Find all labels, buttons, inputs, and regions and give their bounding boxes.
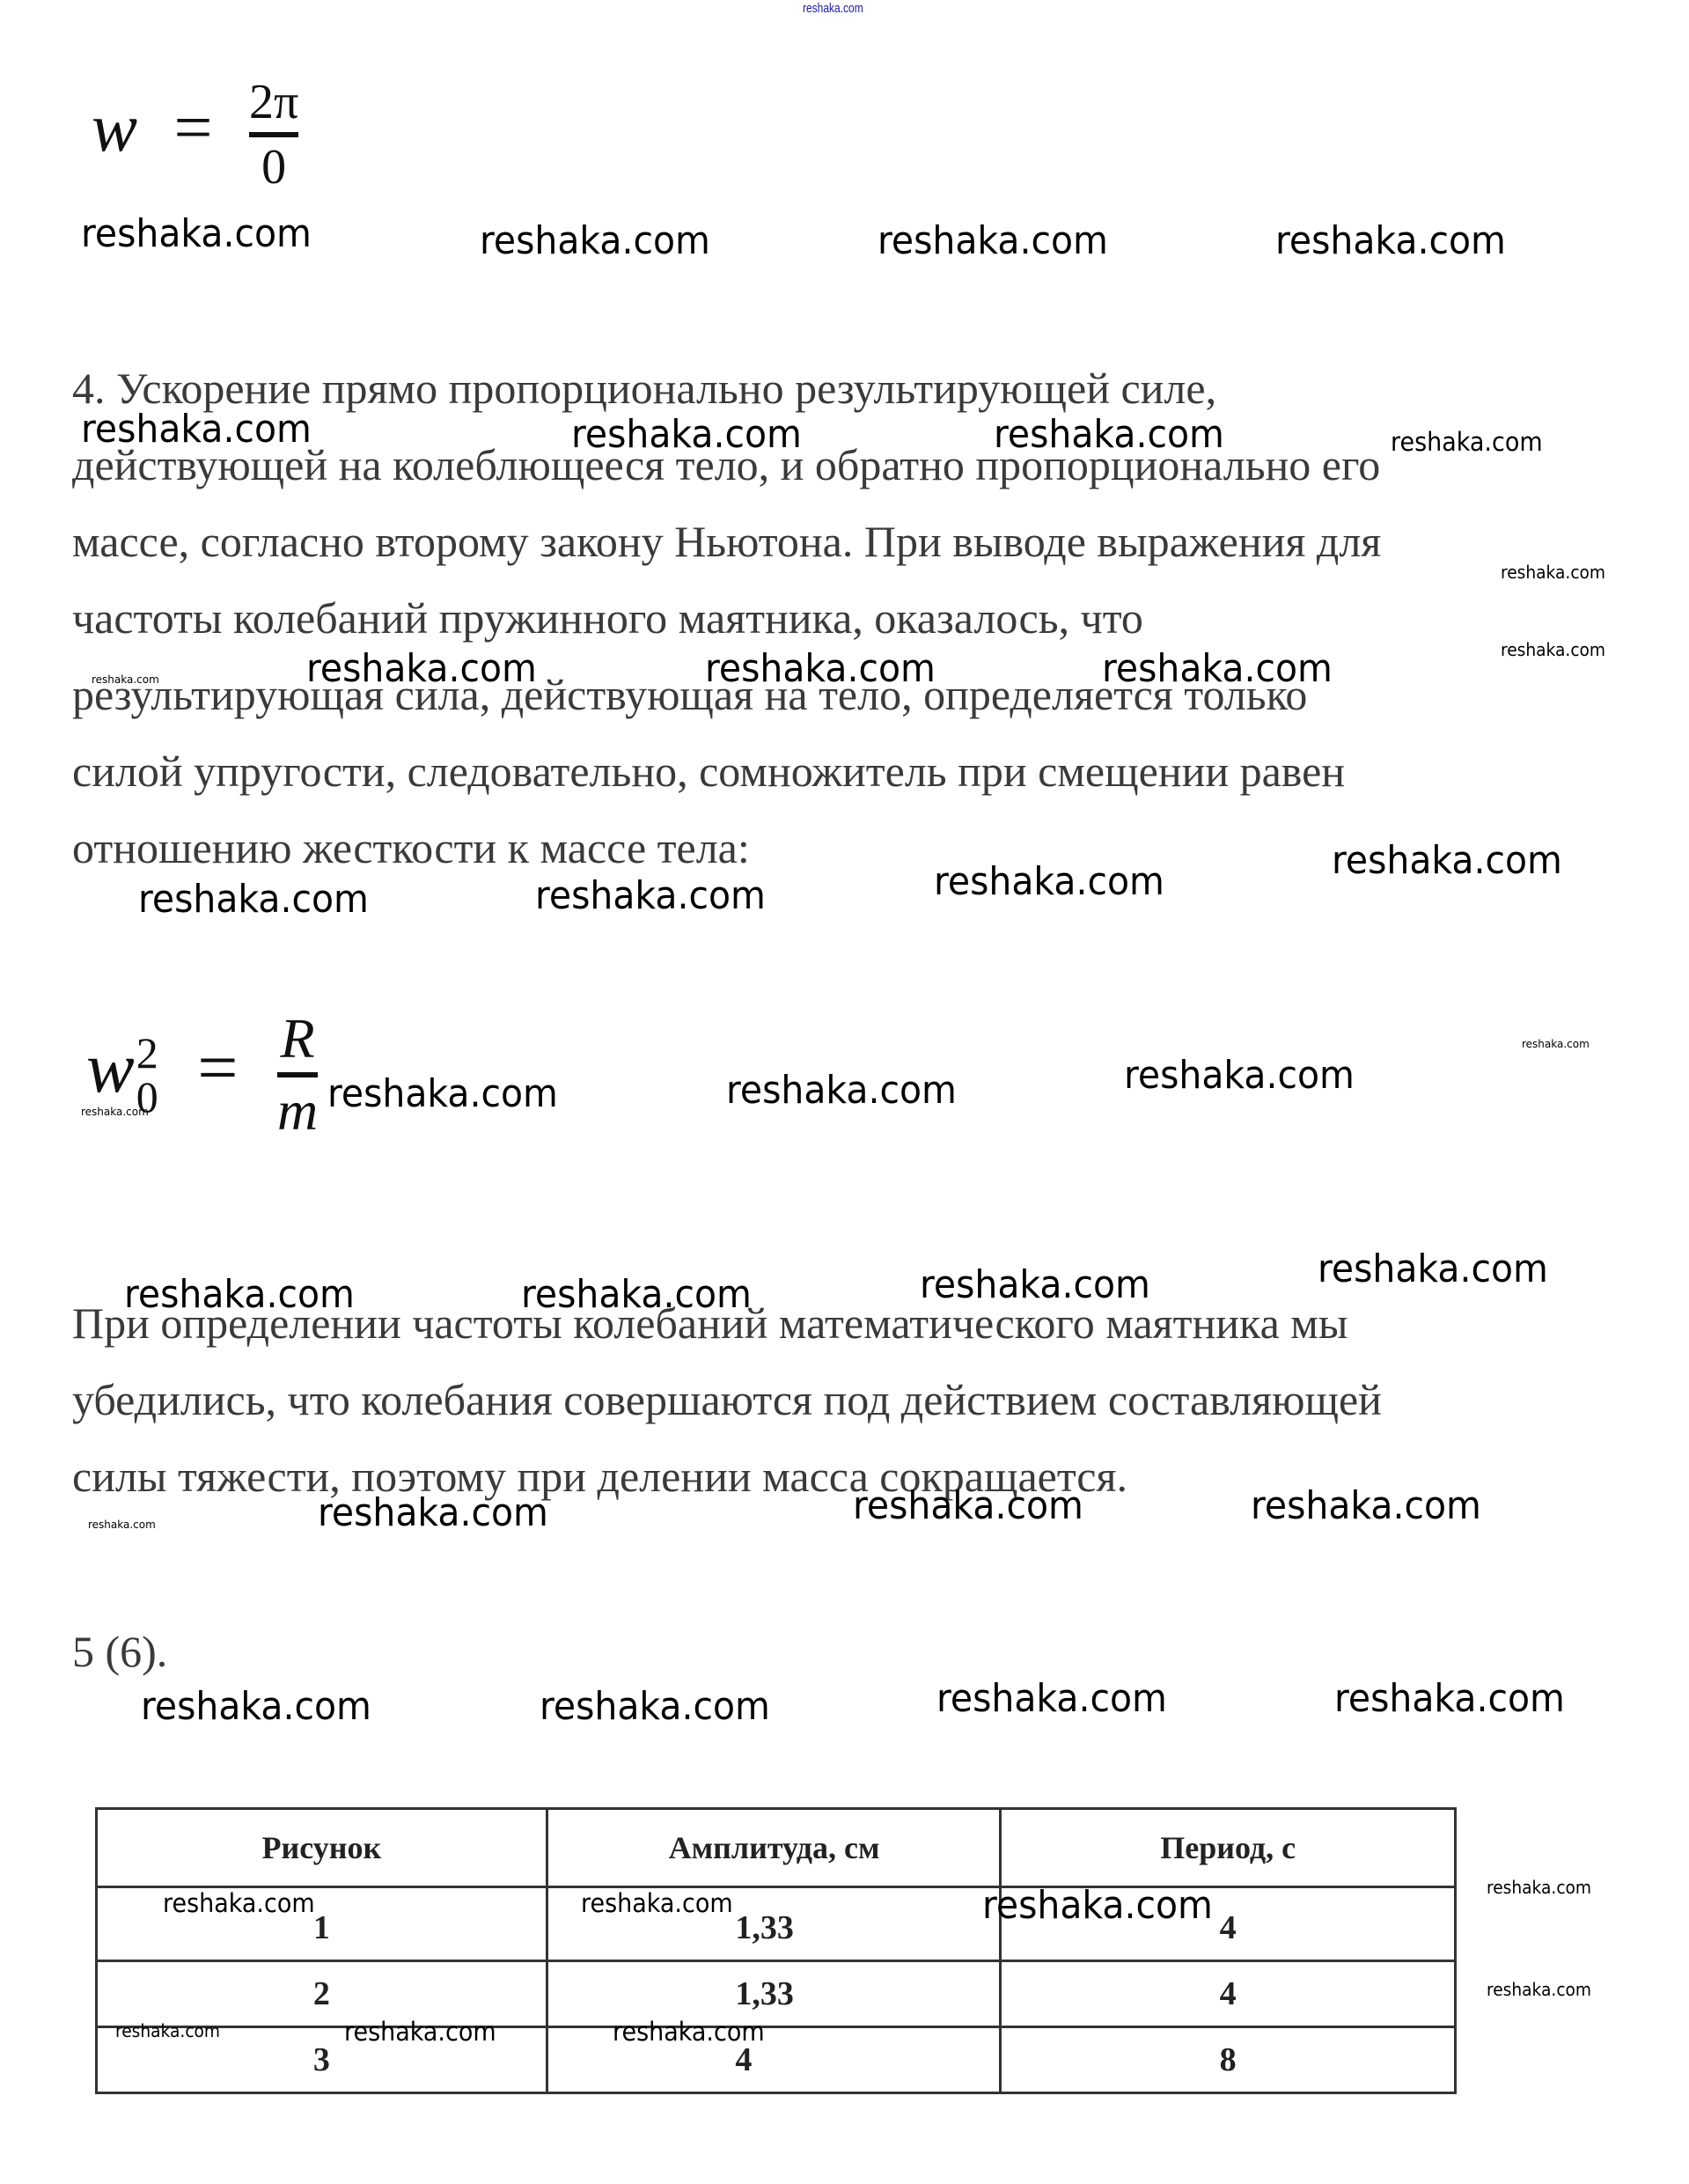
- formula-lhs: w: [92, 89, 137, 165]
- column-header-period: Период, с: [1001, 1809, 1456, 1887]
- watermark: reshaka.com: [994, 415, 1224, 454]
- watermark: reshaka.com: [982, 1886, 1213, 1925]
- watermark: reshaka.com: [124, 1276, 355, 1314]
- table-row: 3 4 8: [97, 2027, 1456, 2093]
- header-watermark[interactable]: reshaka.com: [803, 2, 863, 15]
- watermark: reshaka.com: [1332, 842, 1562, 880]
- watermark: reshaka.com: [480, 222, 710, 261]
- formula-angular-frequency: w = 2π 0: [92, 77, 298, 192]
- watermark: reshaka.com: [81, 410, 312, 449]
- watermark: reshaka.com: [1124, 1056, 1355, 1095]
- watermark: reshaka.com: [934, 863, 1164, 901]
- watermark: reshaka.com: [878, 222, 1108, 261]
- watermark: reshaka.com: [581, 1891, 733, 1916]
- formula-fraction: R m: [277, 1011, 318, 1139]
- watermark: reshaka.com: [535, 877, 766, 916]
- watermark: reshaka.com: [1522, 1039, 1590, 1049]
- formula-numerator: R: [281, 1011, 315, 1067]
- watermark: reshaka.com: [318, 1494, 548, 1533]
- watermark: reshaka.com: [1102, 650, 1333, 688]
- watermark: reshaka.com: [1487, 1879, 1591, 1896]
- formula-spring-frequency: w 2 0 = R m: [86, 1011, 318, 1139]
- watermark: reshaka.com: [92, 674, 159, 685]
- paragraph-line: частоты колебаний пружинного маятника, о…: [72, 580, 1656, 657]
- watermark: reshaka.com: [1275, 222, 1506, 261]
- watermark: reshaka.com: [726, 1071, 957, 1110]
- table-header-row: Рисунок Амплитуда, см Период, с: [97, 1809, 1456, 1887]
- watermark: reshaka.com: [163, 1891, 315, 1916]
- watermark: reshaka.com: [327, 1075, 558, 1114]
- formula-numerator: 2π: [249, 77, 298, 127]
- cell-period: 4: [1001, 1961, 1456, 2027]
- watermark: reshaka.com: [540, 1688, 770, 1726]
- column-header-amplitude: Амплитуда, см: [547, 1809, 1001, 1887]
- paragraph-line: массе, согласно второму закону Ньютона. …: [72, 504, 1656, 580]
- cell-amplitude-value: 1,33: [735, 1974, 999, 2013]
- watermark: reshaka.com: [81, 1107, 149, 1117]
- watermark: reshaka.com: [344, 2019, 496, 2045]
- fraction-bar: [277, 1072, 318, 1077]
- watermark: reshaka.com: [936, 1680, 1167, 1718]
- watermark: reshaka.com: [1334, 1680, 1565, 1718]
- formula-denominator: 0: [261, 143, 286, 192]
- formula-equals: =: [174, 89, 213, 165]
- watermark: reshaka.com: [1391, 430, 1543, 455]
- paragraph-line: силой упругости, следовательно, сомножит…: [72, 733, 1656, 810]
- formula-lhs: w: [86, 1027, 135, 1107]
- cell-period: 8: [1001, 2027, 1456, 2093]
- formula-equals: =: [197, 1027, 238, 1107]
- watermark: reshaka.com: [920, 1266, 1150, 1305]
- watermark: reshaka.com: [306, 650, 537, 688]
- watermark: reshaka.com: [613, 2019, 765, 2045]
- cell-amplitude-value: 1,33: [735, 1908, 999, 1947]
- formula-denominator: m: [277, 1083, 318, 1139]
- paragraph-line: убедились, что колебания совершаются под…: [72, 1362, 1656, 1438]
- document-page: reshaka.com w = 2π 0 4. Ускорение прямо …: [0, 0, 1689, 2184]
- watermark: reshaka.com: [853, 1487, 1083, 1526]
- paragraph-pendulum: При определении частоты колебаний матема…: [72, 1285, 1656, 1515]
- watermark: reshaka.com: [1251, 1487, 1481, 1526]
- watermark: reshaka.com: [81, 215, 312, 254]
- cell-amplitude-value: 4: [735, 2041, 999, 2079]
- formula-superscript: 2: [136, 1031, 158, 1075]
- watermark: reshaka.com: [1501, 563, 1605, 581]
- watermark: reshaka.com: [115, 2022, 220, 2040]
- formula-fraction: 2π 0: [249, 77, 298, 192]
- column-header-figure: Рисунок: [97, 1809, 547, 1887]
- watermark: reshaka.com: [141, 1688, 371, 1726]
- watermark: reshaka.com: [705, 650, 936, 688]
- watermark: reshaka.com: [1487, 1981, 1591, 1998]
- oscillation-table: Рисунок Амплитуда, см Период, с 1 1,33 4…: [95, 1807, 1457, 2094]
- watermark: reshaka.com: [1501, 641, 1605, 658]
- watermark: reshaka.com: [138, 880, 369, 919]
- watermark: reshaka.com: [88, 1519, 156, 1530]
- watermark: reshaka.com: [1318, 1250, 1548, 1289]
- table-row: 2 1,33 4: [97, 1961, 1456, 2027]
- watermark: reshaka.com: [571, 415, 802, 454]
- watermark: reshaka.com: [521, 1276, 752, 1314]
- fraction-bar: [249, 132, 298, 137]
